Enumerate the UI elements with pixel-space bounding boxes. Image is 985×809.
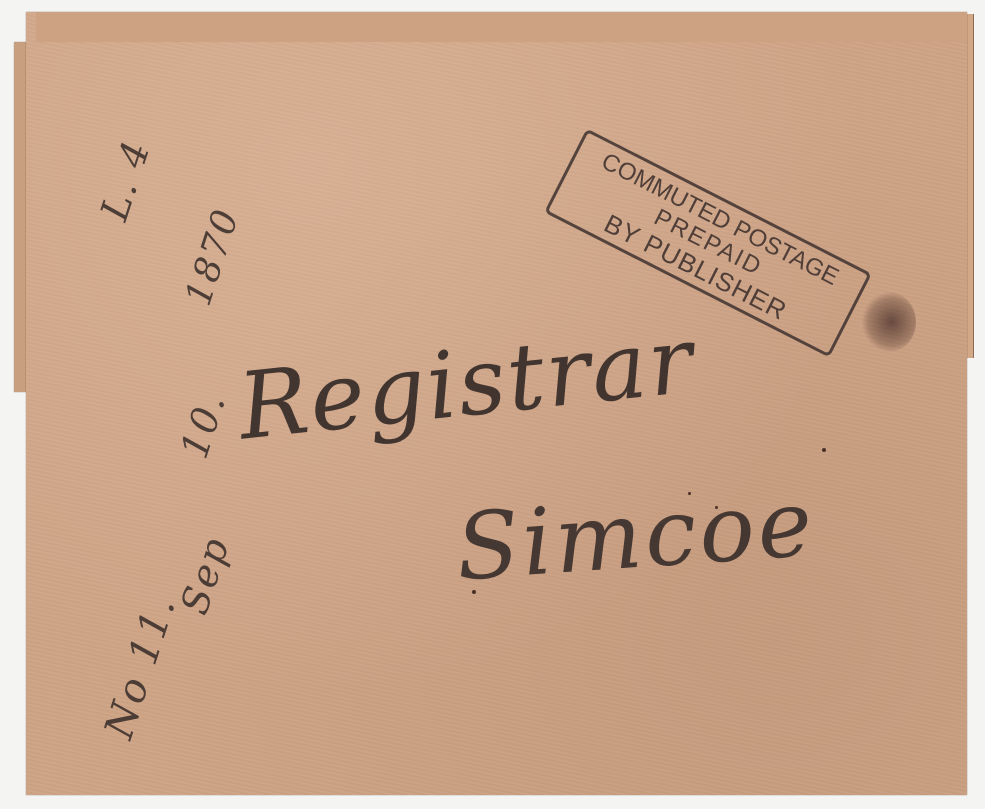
ink-blot [862,292,916,352]
scan-scene: COMMUTED POSTAGE PREPAID BY PUBLISHER Re… [0,0,985,809]
ink-speck [822,448,826,452]
wrapper-top-edge [36,12,967,42]
